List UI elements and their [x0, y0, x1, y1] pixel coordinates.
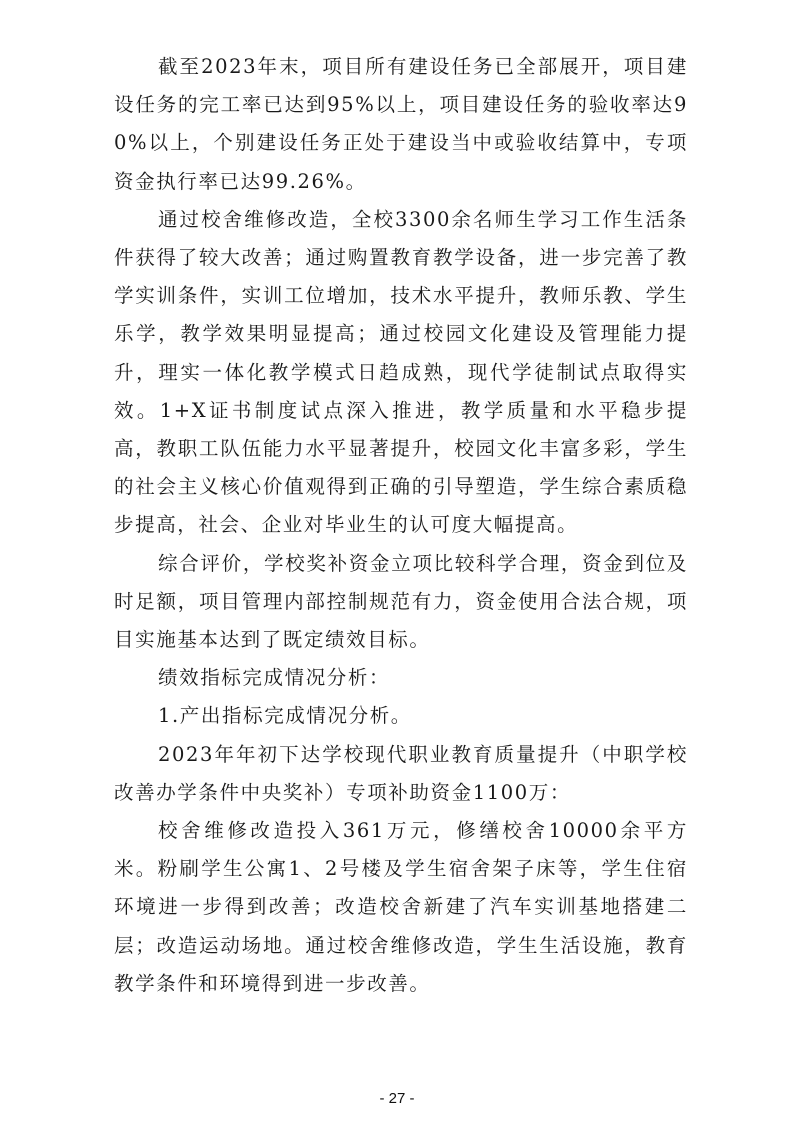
page-number: - 27 - [0, 1090, 794, 1107]
paragraph-improvement-outcomes: 通过校舍维修改造，全校3300余名师生学习工作生活条件获得了较大改善；通过购置教… [114, 201, 688, 545]
paragraph-overall-evaluation: 综合评价，学校奖补资金立项比较科学合理，资金到位及时足额，项目管理内部控制规范有… [114, 545, 688, 660]
paragraph-funding-allocation: 2023年年初下达学校现代职业教育质量提升（中职学校改善办学条件中央奖补）专项补… [114, 736, 688, 812]
document-page: 截至2023年末，项目所有建设任务已全部展开，项目建设任务的完工率已达到95%以… [114, 48, 688, 1003]
paragraph-completion-status: 截至2023年末，项目所有建设任务已全部展开，项目建设任务的完工率已达到95%以… [114, 48, 688, 201]
section-heading-indicator-analysis: 绩效指标完成情况分析： [114, 659, 688, 697]
paragraph-renovation-details: 校舍维修改造投入361万元，修缮校舍10000余平方米。粉刷学生公寓1、2号楼及… [114, 812, 688, 1003]
subsection-heading-output-indicators: 1.产出指标完成情况分析。 [114, 697, 688, 735]
